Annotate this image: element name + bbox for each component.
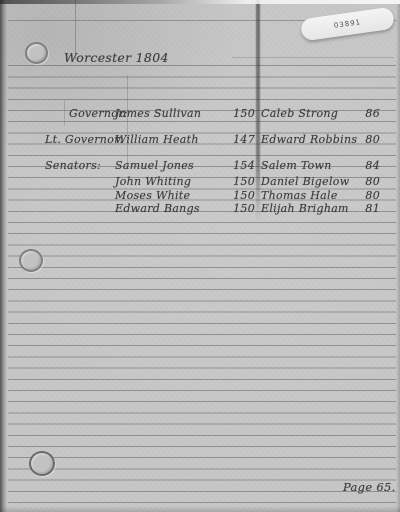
table-row: Governor: James Sullivan 150 Caleb Stron…: [0, 107, 400, 121]
candidate-name: Edward Bangs: [115, 202, 211, 215]
vote-count: 80: [346, 133, 380, 146]
candidate-name: Salem Town: [261, 159, 353, 172]
sticker-number: 03891: [333, 18, 361, 30]
vote-count: 150: [213, 189, 255, 202]
candidate-name: William Heath: [115, 133, 211, 146]
ruled-lines: [8, 55, 396, 506]
candidate-name: James Sullivan: [115, 107, 211, 120]
vote-count: 150: [213, 202, 255, 215]
scan-edge-bottom: [0, 506, 400, 512]
scan-edge-right: [396, 0, 400, 512]
page-title: Worcester 1804: [64, 50, 169, 65]
candidate-name: Daniel Bigelow: [261, 175, 353, 188]
scan-edge-top: [0, 0, 400, 4]
scan-edge-left: [0, 0, 7, 512]
vote-count: 150: [213, 175, 255, 188]
table-row: Senators: Samuel Jones 154 Salem Town 84: [0, 159, 400, 173]
candidate-name: Samuel Jones: [115, 159, 211, 172]
candidate-name: Elijah Brigham: [261, 202, 353, 215]
vote-count: 150: [213, 107, 255, 120]
punch-hole-top: [25, 42, 48, 64]
punch-hole-middle: [19, 249, 43, 272]
candidate-name: Edward Robbins: [261, 133, 353, 146]
vote-count: 84: [346, 159, 380, 172]
vote-count: 86: [346, 107, 380, 120]
vote-count: 147: [213, 133, 255, 146]
punch-hole-bottom: [29, 451, 55, 476]
vote-count: 81: [346, 202, 380, 215]
table-row: John Whiting 150 Daniel Bigelow 80: [0, 175, 400, 189]
catalog-sticker: 03891: [300, 7, 395, 42]
page-number: Page 65.: [343, 480, 396, 494]
vote-count: 154: [213, 159, 255, 172]
vote-count: 80: [346, 175, 380, 188]
table-row: Moses White 150 Thomas Hale 80: [0, 189, 400, 203]
vote-count: 80: [346, 189, 380, 202]
candidate-name: Caleb Strong: [261, 107, 353, 120]
table-row: Lt. Governor: William Heath 147 Edward R…: [0, 133, 400, 147]
table-row: Edward Bangs 150 Elijah Brigham 81: [0, 202, 400, 216]
candidate-name: Moses White: [115, 189, 211, 202]
scanned-notebook-page: 03891 Worcester 1804 Governor: James Sul…: [0, 0, 400, 512]
candidate-name: Thomas Hale: [261, 189, 353, 202]
candidate-name: John Whiting: [115, 175, 211, 188]
